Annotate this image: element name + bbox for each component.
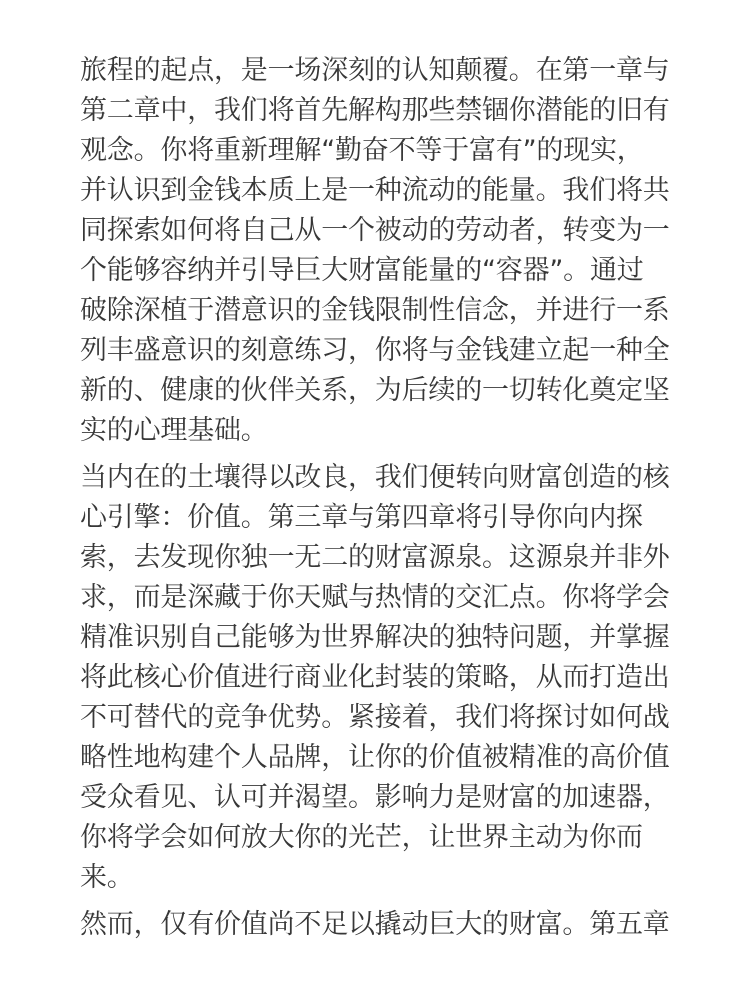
- text-line: 精准识别自己能够为世界解决的独特问题，并掌握: [80, 618, 750, 658]
- text-line: 并认识到金钱本质上是一种流动的能量。我们将共: [80, 171, 750, 211]
- text-line: 当内在的土壤得以改良，我们便转向财富创造的核: [80, 458, 750, 498]
- text-line: 求，而是深藏于你天赋与热情的交汇点。你将学会: [80, 578, 750, 618]
- text-line: 列丰盛意识的刻意练习，你将与金钱建立起一种全: [80, 331, 750, 371]
- text-line: 你将学会如何放大你的光芒，让世界主动为你而: [80, 818, 750, 858]
- text-line: 旅程的起点，是一场深刻的认知颠覆。在第一章与: [80, 51, 750, 91]
- text-line: 受众看见、认可并渴望。影响力是财富的加速器，: [80, 778, 750, 818]
- paragraph: 当内在的土壤得以改良，我们便转向财富创造的核心引擎：价值。第三章与第四章将引导你…: [80, 458, 750, 898]
- text-line: 第二章中，我们将首先解构那些禁锢你潜能的旧有: [80, 91, 750, 131]
- text-line: 新的、健康的伙伴关系，为后续的一切转化奠定坚: [80, 371, 750, 411]
- text-line: 然而，仅有价值尚不足以撬动巨大的财富。第五章: [80, 905, 750, 945]
- text-line: 破除深植于潜意识的金钱限制性信念，并进行一系: [80, 291, 750, 331]
- paragraph: 然而，仅有价值尚不足以撬动巨大的财富。第五章: [80, 905, 750, 945]
- text-line: 实的心理基础。: [80, 411, 750, 451]
- text-line: 略性地构建个人品牌，让你的价值被精准的高价值: [80, 738, 750, 778]
- text-line: 不可替代的竞争优势。紧接着，我们将探讨如何战: [80, 698, 750, 738]
- text-line: 个能够容纳并引导巨大财富能量的“容器”。通过: [80, 251, 750, 291]
- text-line: 索，去发现你独一无二的财富源泉。这源泉并非外: [80, 538, 750, 578]
- text-line: 观念。你将重新理解“勤奋不等于富有”的现实，: [80, 131, 750, 171]
- text-line: 心引擎：价值。第三章与第四章将引导你向内探: [80, 498, 750, 538]
- document-body: 旅程的起点，是一场深刻的认知颠覆。在第一章与第二章中，我们将首先解构那些禁锢你潜…: [80, 51, 750, 945]
- text-line: 来。: [80, 858, 750, 898]
- document-page: 旅程的起点，是一场深刻的认知颠覆。在第一章与第二章中，我们将首先解构那些禁锢你潜…: [0, 0, 750, 1000]
- text-line: 同探索如何将自己从一个被动的劳动者，转变为一: [80, 211, 750, 251]
- text-line: 将此核心价值进行商业化封装的策略，从而打造出: [80, 658, 750, 698]
- paragraph: 旅程的起点，是一场深刻的认知颠覆。在第一章与第二章中，我们将首先解构那些禁锢你潜…: [80, 51, 750, 451]
